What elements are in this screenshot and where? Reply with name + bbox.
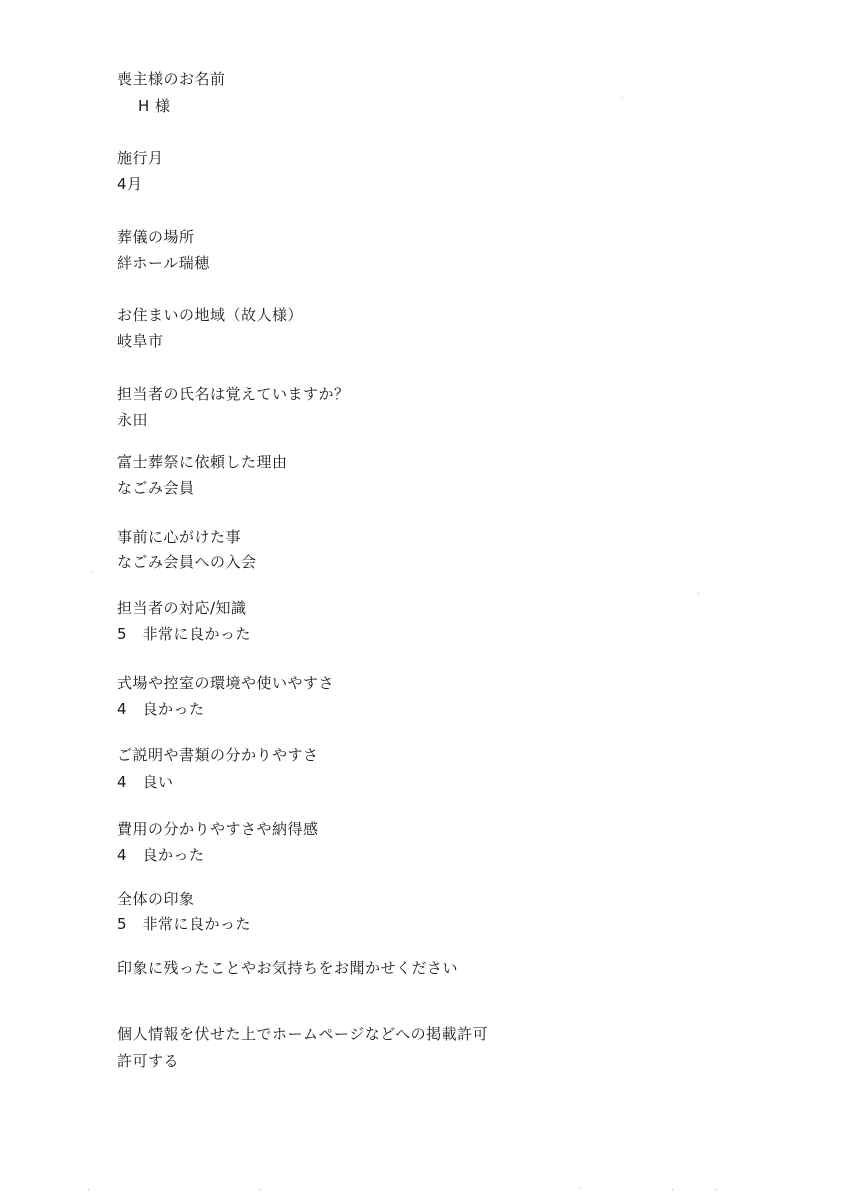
- answer-venue-environment: 4 良かった: [117, 699, 205, 719]
- scan-speck: [92, 572, 93, 573]
- question-cost-clarity: 費用の分かりやすさや納得感: [117, 819, 319, 839]
- scan-speck: [580, 1187, 581, 1188]
- answer-advance-preparation: なごみ会員への入会: [117, 552, 257, 572]
- question-reason-for-request: 富士葬祭に依頼した理由: [117, 452, 288, 472]
- answer-residence-area: 岐阜市: [117, 331, 164, 351]
- question-publication-permission: 個人情報を伏せた上でホームページなどへの掲載許可: [117, 1024, 488, 1044]
- answer-reason-for-request: なごみ会員: [117, 478, 195, 498]
- answer-cost-clarity: 4 良かった: [117, 845, 205, 865]
- scan-speck: [622, 97, 623, 98]
- answer-staff-name: 永田: [117, 410, 148, 430]
- answer-staff-response: 5 非常に良かった: [117, 624, 251, 644]
- answer-chief-mourner-name: H 様: [117, 96, 171, 116]
- answer-funeral-location: 絆ホール瑞穂: [117, 253, 210, 273]
- question-service-month: 施行月: [117, 148, 164, 168]
- question-staff-response: 担当者の対応/知識: [117, 598, 247, 618]
- question-staff-name: 担当者の氏名は覚えていますか？: [117, 384, 350, 404]
- scan-speck: [716, 1189, 717, 1190]
- question-advance-preparation: 事前に心がけた事: [117, 527, 241, 547]
- answer-explanation-clarity: 4 良い: [117, 772, 174, 792]
- answer-service-month: 4月: [117, 174, 143, 194]
- question-residence-area: お住まいの地域（故人様）: [117, 305, 303, 325]
- question-explanation-clarity: ご説明や書類の分かりやすさ: [117, 745, 319, 765]
- question-chief-mourner-name: 喪主様のお名前: [117, 69, 226, 89]
- question-funeral-location: 葬儀の場所: [117, 227, 195, 247]
- question-memorable-comments: 印象に残ったことやお気持ちをお聞かせください: [117, 958, 458, 978]
- question-overall-impression: 全体の印象: [117, 889, 195, 909]
- scan-speck: [88, 1189, 89, 1190]
- scan-speck: [672, 1189, 673, 1190]
- scan-speck: [698, 593, 699, 594]
- answer-publication-permission: 許可する: [117, 1051, 179, 1071]
- answer-overall-impression: 5 非常に良かった: [117, 914, 251, 934]
- scan-speck: [260, 1189, 261, 1190]
- question-venue-environment: 式場や控室の環境や使いやすさ: [117, 673, 334, 693]
